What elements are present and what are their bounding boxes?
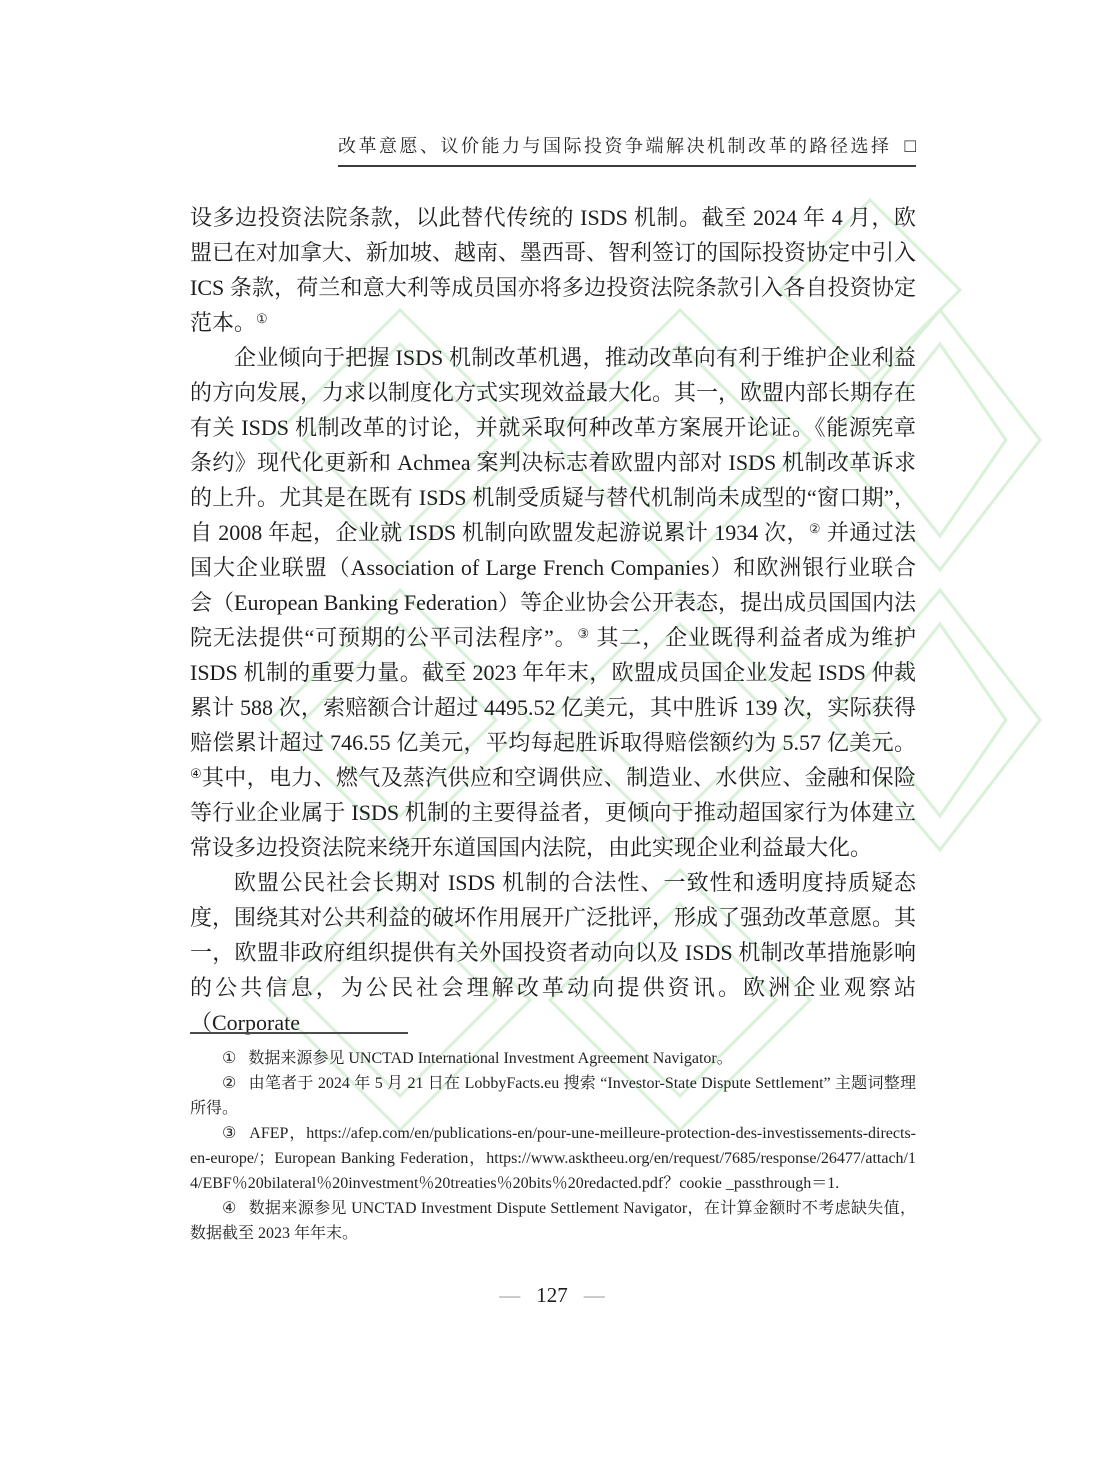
footnote-marker: ② (222, 1075, 237, 1092)
article-body: 设多边投资法院条款，以此替代传统的 ISDS 机制。截至 2024 年 4 月，… (190, 200, 916, 1040)
footnote-ref: ① (256, 311, 268, 326)
footnotes: ①数据来源参见 UNCTAD International Investment … (190, 1046, 916, 1246)
footer-dash-right: — (584, 1283, 605, 1307)
footer-dash-left: — (499, 1283, 520, 1307)
page-number: 127 (536, 1283, 568, 1307)
paragraph: 设多边投资法院条款，以此替代传统的 ISDS 机制。截至 2024 年 4 月，… (190, 200, 916, 340)
footnote-ref: ④ (190, 766, 202, 781)
running-header: 改革意愿、议价能力与国际投资争端解决机制改革的路径选择 □ (190, 132, 916, 167)
footnote-item: ①数据来源参见 UNCTAD International Investment … (190, 1046, 916, 1071)
footnote-marker: ④ (222, 1200, 237, 1217)
footnote-ref: ③ (578, 626, 591, 641)
footnote-marker: ③ (222, 1125, 237, 1142)
end-square-icon: □ (905, 136, 916, 158)
footnote-item: ④数据来源参见 UNCTAD Investment Dispute Settle… (190, 1196, 916, 1246)
page-footer: —127— (0, 1283, 1104, 1308)
running-header-title: 改革意愿、议价能力与国际投资争端解决机制改革的路径选择 (338, 136, 892, 156)
footnote-marker: ① (222, 1050, 236, 1067)
footnote-item: ③AFEP，https://afep.com/en/publications-e… (190, 1121, 916, 1196)
paragraph: 欧盟公民社会长期对 ISDS 机制的合法性、一致性和透明度持质疑态度，围绕其对公… (190, 865, 916, 1040)
footnote-item: ②由笔者于 2024 年 5 月 21 日在 LobbyFacts.eu 搜索 … (190, 1071, 916, 1121)
footnote-divider (190, 1032, 408, 1034)
running-header-underline: 改革意愿、议价能力与国际投资争端解决机制改革的路径选择 □ (338, 132, 916, 167)
footnote-ref: ② (809, 521, 821, 536)
paragraph: 企业倾向于把握 ISDS 机制改革机遇，推动改革向有利于维护企业利益的方向发展，… (190, 340, 916, 865)
